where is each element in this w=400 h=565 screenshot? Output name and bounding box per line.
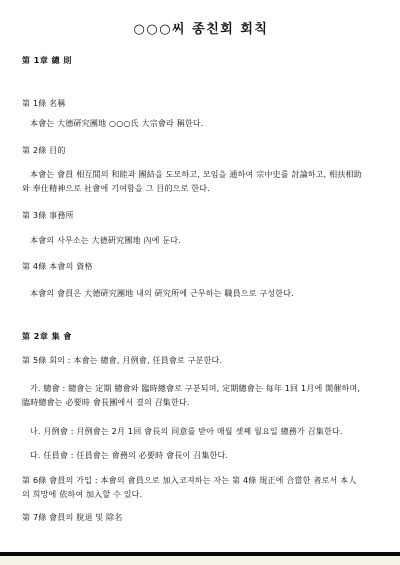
article-4-body: 本會의 會員은 大德硏究團地 내의 硏究所에 근무하는 職員으로 구성한다.: [22, 287, 380, 301]
document-page: ○○○씨 종친회 회칙 第 1章 總 則 第 1條 名稱 本會는 大德硏究團地 …: [0, 0, 400, 565]
article-2-body: 本會는 會員 相互間의 和睦과 團結을 도모하고, 모임을 通하여 宗中史를 討…: [22, 168, 380, 196]
article-1-body: 本會는 大德硏究團地 ○○○氏 大宗會라 稱한다.: [22, 117, 380, 131]
article-7-heading: 第 7條 會員의 脫退 및 除名: [22, 511, 380, 525]
doc-title: ○○○씨 종친회 회칙: [22, 22, 380, 38]
chapter-1-heading: 第 1章 總 則: [22, 54, 380, 68]
article-3-body: 本會의 사무소는 大德硏究團地 內에 둔다.: [22, 234, 380, 248]
article-5-item-a: 가. 總會 : 總會는 定期 總會와 臨時總會로 구분되며, 定期總會는 每年 …: [22, 382, 380, 410]
article-1-heading: 第 1條 名稱: [22, 97, 380, 111]
page-bottom-strip: [0, 556, 400, 565]
article-5-item-b: 나. 月例會 : 月例會는 2月 1回 會長의 同意를 받아 매월 셋째 월요일…: [22, 425, 380, 439]
article-4-heading: 第 4條 本會의 資格: [22, 260, 380, 274]
article-6-heading: 第 6條 會員의 가입 : 本會의 會員으로 加入코져하는 자는 第 4條 規正…: [22, 474, 380, 502]
article-5-heading: 第 5條 회의 : 本會는 總會, 月例會, 任員會로 구분한다.: [22, 354, 380, 368]
article-5-item-c: 다. 任員會 : 任員會는 會務의 必要時 會長이 召集한다.: [22, 449, 380, 463]
document-body: ○○○씨 종친회 회칙 第 1章 總 則 第 1條 名稱 本會는 大德硏究團地 …: [22, 0, 380, 525]
article-3-heading: 第 3條 事務所: [22, 209, 380, 223]
article-2-heading: 第 2條 目的: [22, 144, 380, 158]
chapter-2-heading: 第 2章 集 會: [22, 330, 380, 344]
